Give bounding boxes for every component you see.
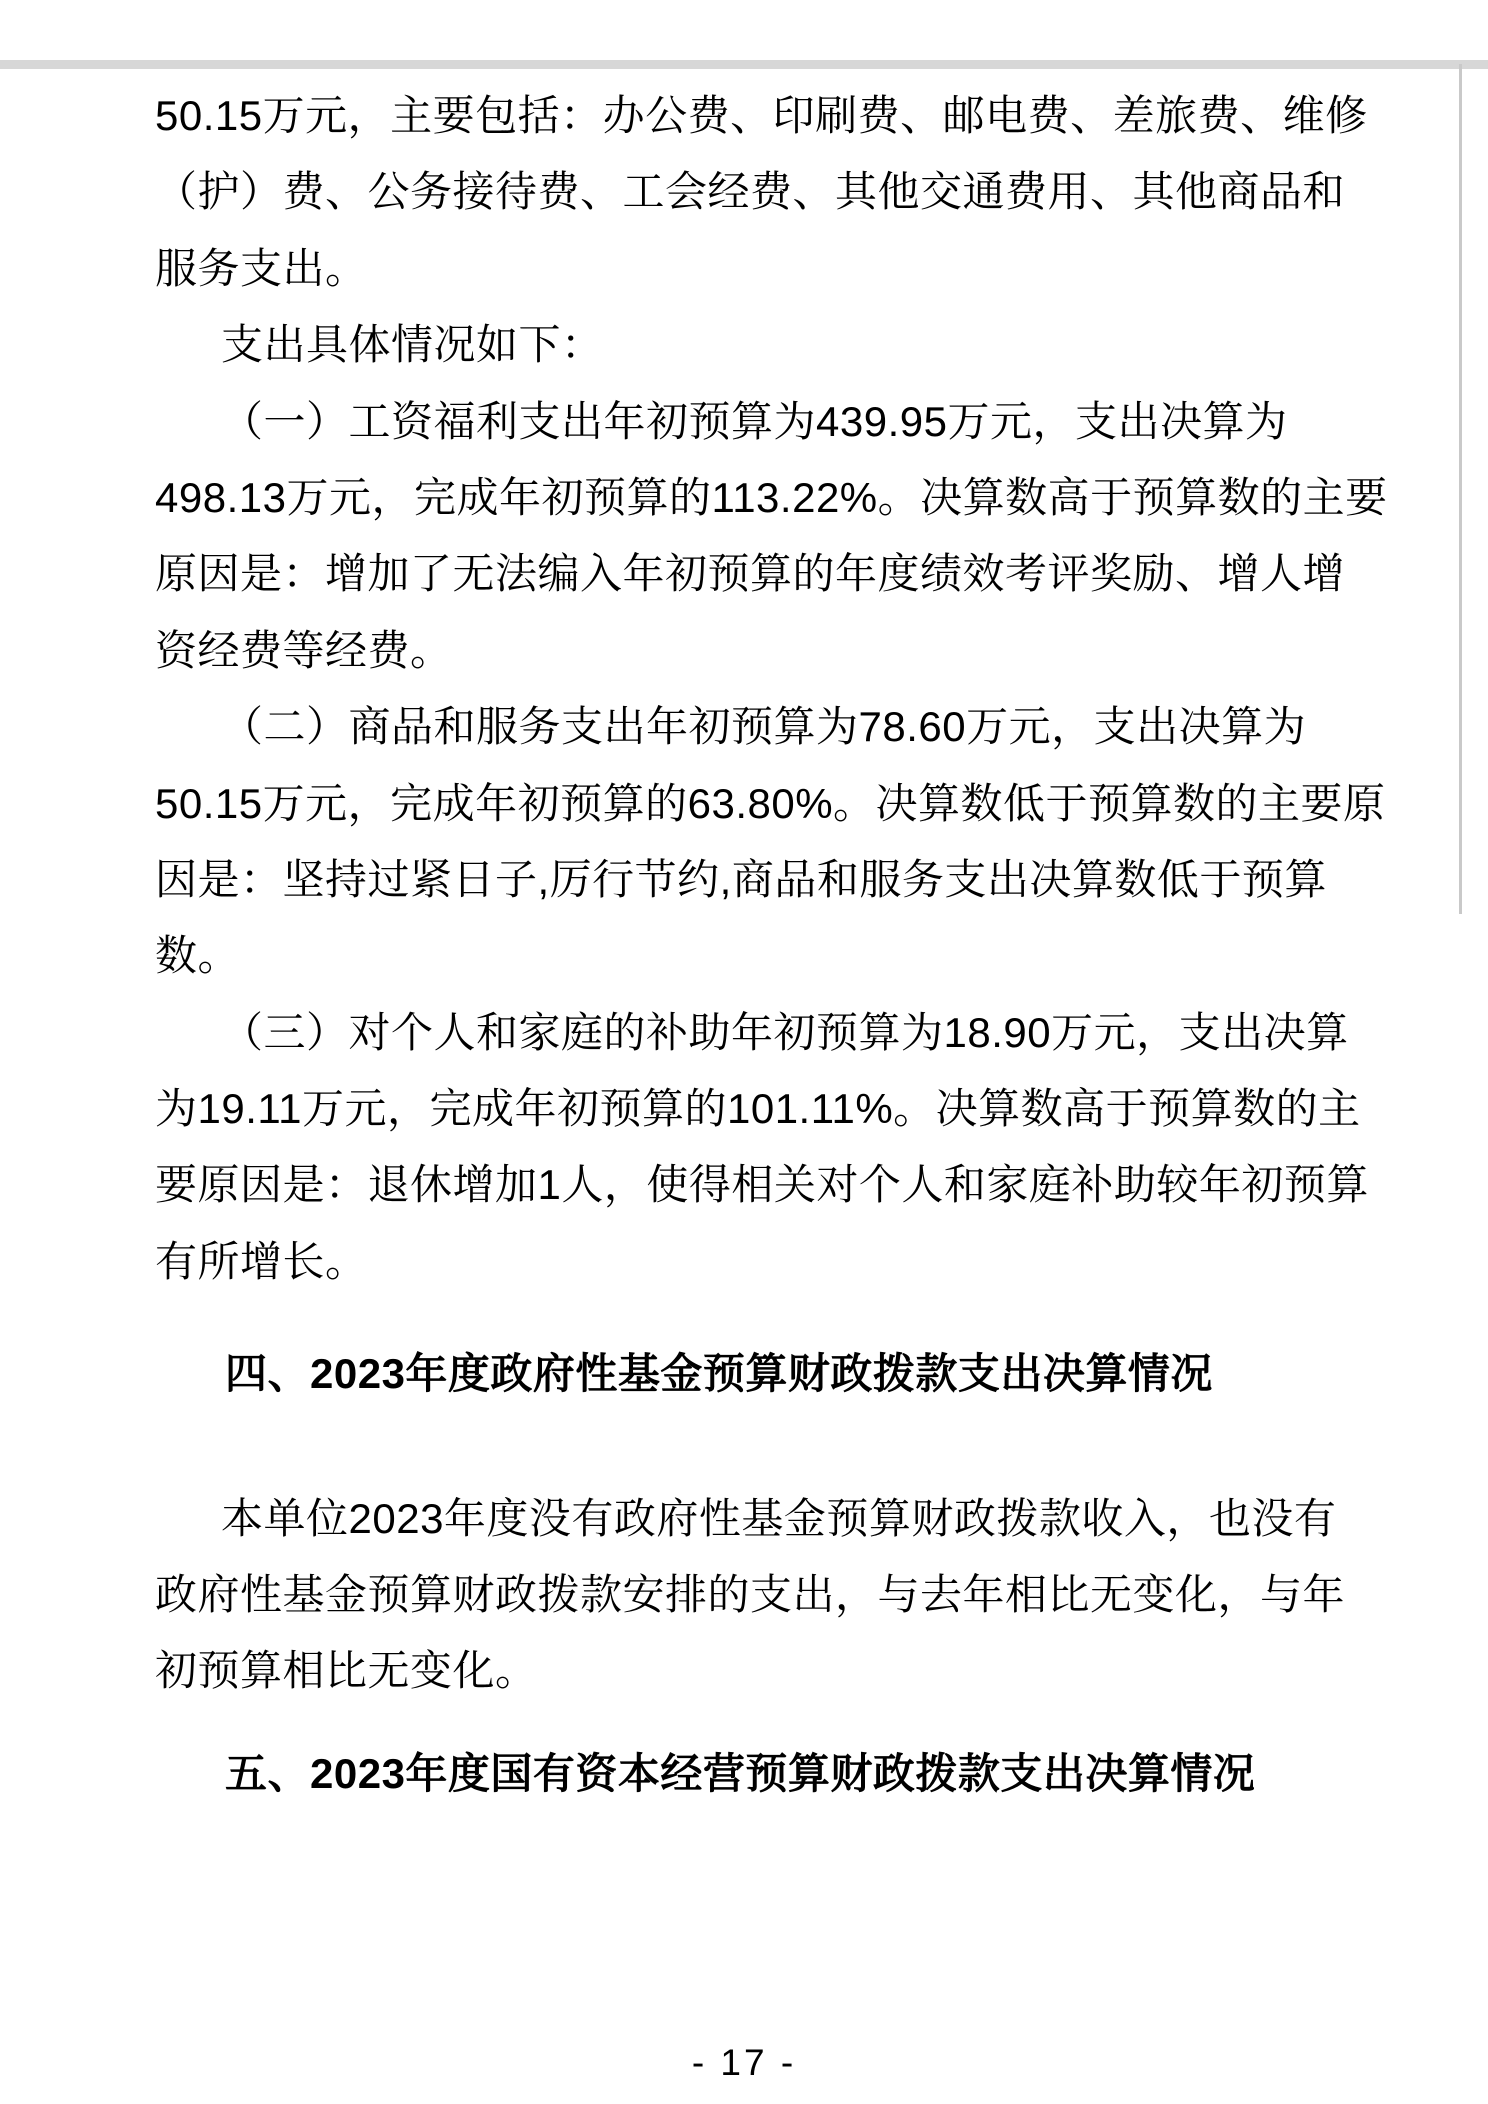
body-line-9: （二）商品和服务支出年初预算为78.60万元，支出决算为: [155, 689, 1333, 765]
body-line-19: 政府性基金预算财政拨款安排的支出，与去年相比无变化，与年: [155, 1557, 1333, 1633]
body-line-13: （三）对个人和家庭的补助年初预算为18.90万元，支出决算: [155, 995, 1333, 1071]
body-line-14: 为19.11万元，完成年初预算的101.11%。决算数高于预算数的主: [155, 1071, 1333, 1147]
body-line-12: 数。: [155, 918, 1333, 994]
page-body: 50.15万元，主要包括：办公费、印刷费、邮电费、差旅费、维修 （护）费、公务接…: [155, 78, 1333, 1812]
body-line-3: 服务支出。: [155, 231, 1333, 307]
body-line-16: 有所增长。: [155, 1224, 1333, 1300]
body-line-1: 50.15万元，主要包括：办公费、印刷费、邮电费、差旅费、维修: [155, 78, 1333, 154]
body-line-15: 要原因是：退休增加1人，使得相关对个人和家庭补助较年初预算: [155, 1147, 1333, 1223]
body-line-6: 498.13万元，完成年初预算的113.22%。决算数高于预算数的主要: [155, 460, 1333, 536]
body-line-5: （一）工资福利支出年初预算为439.95万元，支出决算为: [155, 384, 1333, 460]
body-line-4: 支出具体情况如下：: [155, 307, 1333, 383]
scan-artifact-vertical: [1459, 64, 1462, 914]
body-line-18: 本单位2023年度没有政府性基金预算财政拨款收入，也没有: [155, 1481, 1333, 1557]
body-line-10: 50.15万元，完成年初预算的63.80%。决算数低于预算数的主要原: [155, 766, 1333, 842]
body-line-2: （护）费、公务接待费、工会经费、其他交通费用、其他商品和: [155, 154, 1333, 230]
body-line-11: 因是：坚持过紧日子,厉行节约,商品和服务支出决算数低于预算: [155, 842, 1333, 918]
body-line-8: 资经费等经费。: [155, 613, 1333, 689]
scan-artifact-horizontal: [0, 60, 1488, 69]
section-heading-4: 四、2023年度政府性基金预算财政拨款支出决算情况: [155, 1336, 1333, 1412]
body-line-20: 初预算相比无变化。: [155, 1633, 1333, 1709]
section-heading-5: 五、2023年度国有资本经营预算财政拨款支出决算情况: [155, 1736, 1333, 1812]
document-page: 50.15万元，主要包括：办公费、印刷费、邮电费、差旅费、维修 （护）费、公务接…: [0, 0, 1488, 2104]
body-line-7: 原因是：增加了无法编入年初预算的年度绩效考评奖励、增人增: [155, 536, 1333, 612]
page-number: - 17 -: [0, 2042, 1488, 2084]
